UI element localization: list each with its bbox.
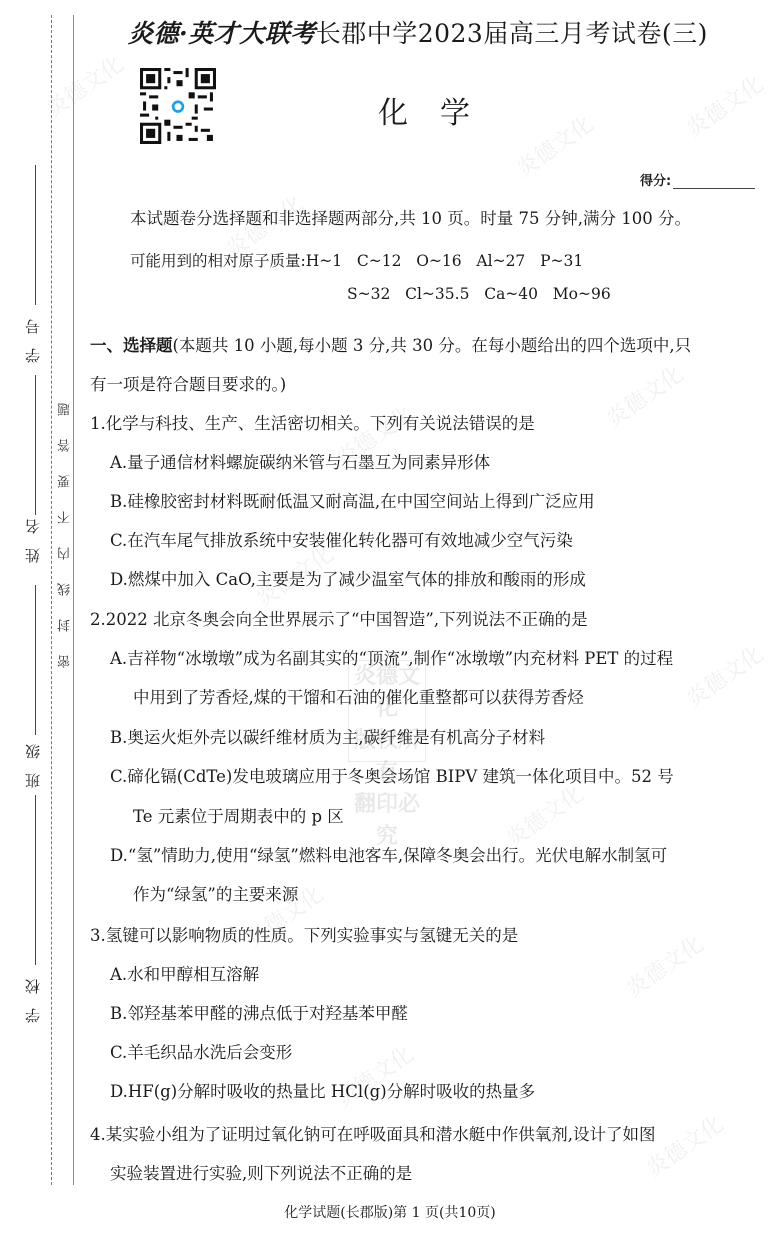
- atomic-masses: 可能用到的相对原子质量:H~1 C~12 O~16 Al~27 P~31: [130, 250, 583, 272]
- stamp-line: 翻印必究: [349, 789, 425, 853]
- watermark: 炎德文化: [619, 928, 709, 1004]
- section-desc: (本题共 10 小题,每小题 3 分,共 30 分。在每小题给出的四个选项中,只: [173, 336, 692, 355]
- seal-instruction: 密封线内不要答题: [56, 380, 75, 668]
- option-d: D.HF(g)分解时吸收的热量比 HCl(g)分解时吸收的热量多: [110, 1081, 535, 1103]
- page-footer: 化学试题(长郡版)第 1 页(共10页): [0, 1202, 780, 1222]
- option-c-cont: Te 元素位于周期表中的 p 区: [133, 806, 344, 828]
- exam-brand: 炎德·英才大联考: [128, 19, 316, 48]
- exam-title: 炎德·英才大联考长郡中学2023届高三月考试卷(三): [128, 14, 738, 50]
- student-id-label: 学号: [22, 305, 43, 363]
- score-label: 得分:: [640, 174, 671, 189]
- section-heading: 一、选择题(本题共 10 小题,每小题 3 分,共 30 分。在每小题给出的四个…: [90, 335, 691, 357]
- option-a: A.水和甲醇相互溶解: [110, 964, 259, 986]
- student-id-fill-line[interactable]: [35, 165, 36, 305]
- watermark: 炎德文化: [509, 108, 599, 184]
- exam-title-rest: 长郡中学2023届高三月考试卷(三): [316, 19, 708, 48]
- option-d: D.“氢”情助力,使用“绿氢”燃料电池客车,保障冬奥会出行。光伏电解水制氢可: [110, 845, 667, 867]
- name-fill-line-2[interactable]: [35, 585, 36, 735]
- seal-dotted-line: [51, 15, 52, 1185]
- qr-code-icon[interactable]: [140, 68, 216, 144]
- question-stem: 3.氢键可以影响物质的性质。下列实验事实与氢键无关的是: [90, 925, 518, 947]
- option-a: A.量子通信材料螺旋碳纳米管与石墨互为同素异形体: [110, 452, 490, 474]
- option-d: D.燃煤中加入 CaO,主要是为了减少温室气体的排放和酸雨的形成: [110, 569, 586, 591]
- class-fill-line[interactable]: [35, 795, 36, 965]
- option-c: C.羊毛织品水洗后会变形: [110, 1042, 292, 1064]
- intro-text: 本试题卷分选择题和非选择题两部分,共 10 页。时量 75 分钟,满分 100 …: [130, 208, 691, 230]
- atomic-masses-row2: S~32 Cl~35.5 Ca~40 Mo~96: [347, 283, 611, 305]
- watermark: 炎德文化: [499, 778, 589, 854]
- watermark: 炎德文化: [599, 358, 689, 434]
- question-stem: 4.某实验小组为了证明过氧化钠可在呼吸面具和潜水艇中作供氧剂,设计了如图: [90, 1124, 656, 1146]
- name-fill-line[interactable]: [35, 375, 36, 515]
- option-c: C.在汽车尾气排放系统中安装催化转化器可有效地减少空气污染: [110, 530, 573, 552]
- option-a-cont: 中用到了芳香烃,煤的干馏和石油的催化重整都可以获得芳香烃: [133, 687, 584, 709]
- option-b: B.奥运火炬外壳以碳纤维材质为主,碳纤维是有机高分子材料: [110, 727, 545, 749]
- option-b: B.硅橡胶密封材料既耐低温又耐高温,在中国空间站上得到广泛应用: [110, 491, 595, 513]
- name-label: 姓名: [22, 505, 43, 563]
- atomic-masses-label: 可能用到的相对原子质量:: [130, 252, 306, 270]
- atomic-masses-row1: H~1 C~12 O~16 Al~27 P~31: [306, 252, 583, 270]
- section-title: 一、选择题: [90, 336, 173, 355]
- school-label: 学校: [22, 965, 43, 1023]
- class-label: 班级: [22, 730, 43, 788]
- watermark: 炎德文化: [39, 48, 129, 124]
- option-b: B.邻羟基苯甲醛的沸点低于对羟基苯甲醛: [110, 1003, 408, 1025]
- option-a: A.吉祥物“冰墩墩”成为名副其实的“顶流”,制作“冰墩墩”内充材料 PET 的过…: [110, 648, 673, 670]
- watermark: 炎德文化: [679, 68, 769, 144]
- subject-title: 化学: [378, 88, 502, 132]
- question-stem: 1.化学与科技、生产、生活密切相关。下列有关说法错误的是: [90, 413, 535, 435]
- watermark: 炎德文化: [679, 638, 769, 714]
- score-fill-line[interactable]: [673, 174, 755, 189]
- score-field: 得分:: [640, 170, 755, 189]
- option-d-cont: 作为“绿氢”的主要来源: [133, 884, 298, 906]
- option-c: C.碲化镉(CdTe)发电玻璃应用于冬奥会场馆 BIPV 建筑一体化项目中。52…: [110, 766, 674, 788]
- question-stem: 2.2022 北京冬奥会向全世界展示了“中国智造”,下列说法不正确的是: [90, 609, 588, 631]
- section-desc-cont: 有一项是符合题目要求的。): [90, 374, 286, 396]
- question-stem-cont: 实验装置进行实验,则下列说法不正确的是: [110, 1163, 412, 1185]
